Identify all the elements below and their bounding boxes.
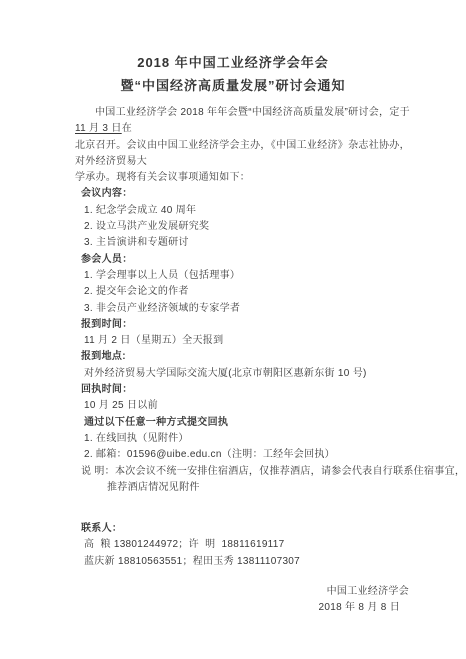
reply-methods-intro: 通过以下任意一种方式提交回执 bbox=[84, 415, 466, 431]
document-page: 2018 年中国工业经济学会年会 暨“中国经济高质量发展”研讨会通知 中国工业经… bbox=[0, 0, 466, 659]
reply-method-1: 1. 在线回执（见附件） bbox=[84, 431, 466, 447]
content-item-1: 1. 纪念学会成立 40 周年 bbox=[84, 203, 466, 219]
section-header-reply-time: 回执时间： bbox=[81, 382, 466, 398]
intro-line1-prefix: 中国工业经济学会 2018 年年会暨“中国经济高质量发展”研讨会，定于 bbox=[95, 107, 413, 118]
attendees-item-3: 3. 非会员产业经济领域的专家学者 bbox=[84, 301, 466, 317]
intro-line-3: 学承办。现将有关会议事项通知如下： bbox=[75, 170, 412, 186]
attendees-item-2: 2. 提交年会论文的作者 bbox=[84, 284, 466, 300]
intro-line-2: 北京召开。会议由中国工业经济学会主办，《中国工业经济》杂志社协办，对外经济贸易大 bbox=[75, 138, 412, 171]
reply-note-line-1: 说 明：本次会议不统一安排住宿酒店，仅推荐酒店，请参会代表自行联系住宿事宜， bbox=[81, 464, 466, 480]
contacts-line-1: 高 粮 13801244972；许 明 18811619117 bbox=[84, 537, 466, 553]
document-title-line1: 2018 年中国工业经济学会年会 bbox=[0, 51, 466, 74]
intro-date-underlined: 11 月 3 日 bbox=[75, 123, 122, 134]
signature-organization: 中国工业经济学会 bbox=[0, 584, 466, 600]
intro-line1-suffix: 在 bbox=[122, 123, 132, 134]
document-body: 中国工业经济学会 2018 年年会暨“中国经济高质量发展”研讨会，定于 11 月… bbox=[0, 105, 466, 617]
section-header-content: 会议内容： bbox=[81, 186, 466, 202]
section-header-checkin-time: 报到时间： bbox=[81, 317, 466, 333]
section-header-contacts: 联系人： bbox=[81, 521, 466, 537]
attendees-item-1: 1. 学会理事以上人员（包括理事） bbox=[84, 268, 466, 284]
reply-deadline: 10 月 25 日以前 bbox=[84, 398, 466, 414]
section-header-attendees: 参会人员： bbox=[81, 252, 466, 268]
reply-method-2-email: 2. 邮箱：01596@uibe.edu.cn（注明：工经年会回执） bbox=[84, 447, 466, 463]
section-header-checkin-place: 报到地点: bbox=[81, 349, 466, 365]
document-title-line2: 暨“中国经济高质量发展”研讨会通知 bbox=[0, 74, 466, 97]
contacts-line-2: 蓝庆新 18810563551；程田玉秀 13811107307 bbox=[84, 554, 466, 570]
signature-date: 2018 年 8 月 8 日 bbox=[0, 600, 466, 616]
intro-line-1: 中国工业经济学会 2018 年年会暨“中国经济高质量发展”研讨会，定于 11 月… bbox=[75, 105, 412, 138]
checkin-time-content: 11 月 2 日（星期五）全天报到 bbox=[84, 333, 466, 349]
content-item-2: 2. 设立马洪产业发展研究奖 bbox=[84, 219, 466, 235]
reply-note-line-2: 推荐酒店情况见附件 bbox=[107, 480, 466, 496]
content-item-3: 3. 主旨演讲和专题研讨 bbox=[84, 235, 466, 251]
checkin-place-content: 对外经济贸易大学国际交流大厦(北京市朝阳区惠新东街 10 号) bbox=[84, 366, 466, 382]
